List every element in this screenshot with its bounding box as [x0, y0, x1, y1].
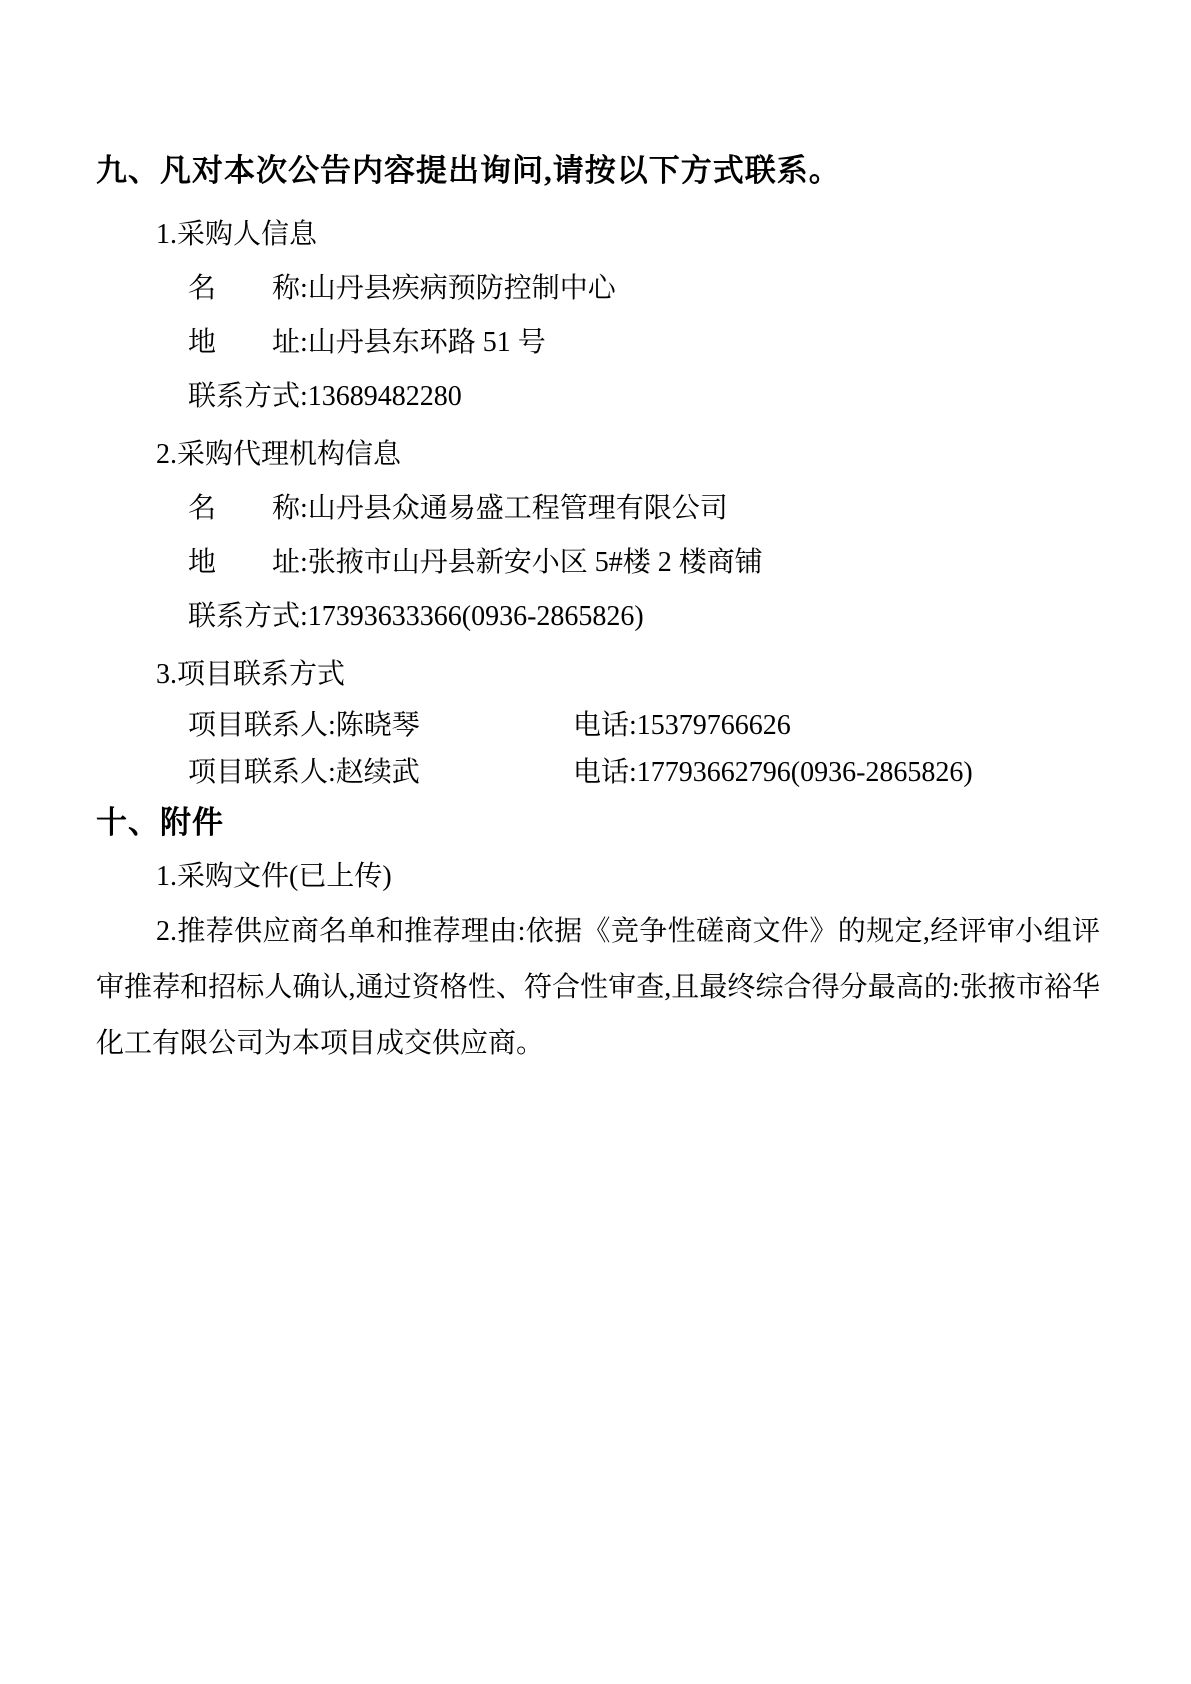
- field-label: 联系方式:: [188, 381, 308, 412]
- contact-phone: 电话:15379766626: [573, 702, 791, 749]
- contact-person-label: 项目联系人:: [188, 710, 336, 741]
- attachment-item-1: 1.采购文件(已上传): [156, 850, 1100, 904]
- field-value: 山丹县众通易盛工程管理有限公司: [308, 493, 728, 524]
- agency-name-row: 名 称:山丹县众通易盛工程管理有限公司: [188, 482, 1100, 536]
- field-label: 地 址:: [188, 547, 308, 578]
- field-label: 地 址:: [188, 327, 308, 358]
- field-value: 13689482280: [308, 381, 462, 412]
- project-contact-row-1: 项目联系人:陈晓琴 电话:15379766626: [188, 702, 1100, 749]
- field-value: 山丹县疾病预防控制中心: [308, 273, 616, 304]
- document-content: 九、凡对本次公告内容提出询问,请按以下方式联系。 1.采购人信息 名 称:山丹县…: [0, 0, 1191, 1072]
- field-value: 山丹县东环路 51 号: [308, 327, 546, 358]
- agency-info-title: 2.采购代理机构信息: [156, 428, 1100, 482]
- contact-phone: 电话:17793662796(0936-2865826): [573, 749, 973, 796]
- field-label: 名 称:: [188, 493, 308, 524]
- document-page: 九、凡对本次公告内容提出询问,请按以下方式联系。 1.采购人信息 名 称:山丹县…: [0, 0, 1191, 1684]
- contact-person-name: 陈晓琴: [336, 710, 420, 741]
- contact-phone-value: 15379766626: [637, 710, 791, 741]
- section-9-heading: 九、凡对本次公告内容提出询问,请按以下方式联系。: [96, 144, 1100, 198]
- attachment-item-2-paragraph: 2.推荐供应商名单和推荐理由:依据《竞争性磋商文件》的规定,经评审小组评审推荐和…: [96, 904, 1100, 1072]
- field-value: 张掖市山丹县新安小区 5#楼 2 楼商铺: [308, 547, 763, 578]
- contact-person: 项目联系人:赵续武: [188, 749, 573, 796]
- agency-contact-row: 联系方式:17393633366(0936-2865826): [188, 590, 1100, 644]
- contact-person: 项目联系人:陈晓琴: [188, 702, 573, 749]
- project-contact-title: 3.项目联系方式: [156, 648, 1100, 702]
- field-label: 联系方式:: [188, 601, 308, 632]
- contact-phone-label: 电话:: [573, 757, 637, 788]
- contact-person-label: 项目联系人:: [188, 757, 336, 788]
- project-contact-row-2: 项目联系人:赵续武 电话:17793662796(0936-2865826): [188, 749, 1100, 796]
- purchaser-address-row: 地 址:山丹县东环路 51 号: [188, 316, 1100, 370]
- contact-phone-label: 电话:: [573, 710, 637, 741]
- purchaser-contact-row: 联系方式:13689482280: [188, 370, 1100, 424]
- field-label: 名 称:: [188, 273, 308, 304]
- purchaser-info-title: 1.采购人信息: [156, 208, 1100, 262]
- contact-phone-value: 17793662796(0936-2865826): [637, 757, 973, 788]
- section-10-heading: 十、附件: [96, 796, 1100, 850]
- field-value: 17393633366(0936-2865826): [308, 601, 644, 632]
- agency-address-row: 地 址:张掖市山丹县新安小区 5#楼 2 楼商铺: [188, 536, 1100, 590]
- contact-person-name: 赵续武: [336, 757, 420, 788]
- purchaser-name-row: 名 称:山丹县疾病预防控制中心: [188, 262, 1100, 316]
